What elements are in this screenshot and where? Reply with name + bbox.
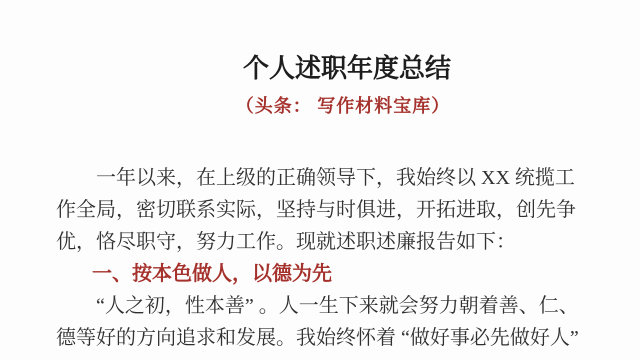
document-page: 个人述职年度总结 （头条： 写作材料宝库） 一年以来，在上级的正确领导下，我始终… (0, 0, 640, 360)
page-subtitle: （头条： 写作材料宝库） (23, 94, 640, 118)
paragraph1-line1: 一年以来，在上级的正确领导下，我始终以 XX 统揽工 (56, 162, 580, 194)
paragraph2-line1: “人之初，性本善” 。人一生下来就会努力朝着善、仁、 (56, 290, 580, 322)
paragraph2-line2: 德等好的方向追求和发展。我始终怀着 “做好事必先做好人” (56, 322, 580, 354)
section-heading: 一、按本色做人，以德为先 (56, 258, 580, 290)
document-body: 一年以来，在上级的正确领导下，我始终以 XX 统揽工 作全局，密切联系实际，坚持… (56, 162, 580, 354)
page-title: 个人述职年度总结 (27, 52, 640, 86)
paragraph1-line2: 作全局，密切联系实际，坚持与时俱进，开拓进取，创先争 (56, 194, 580, 226)
paragraph1-line3: 优，恪尽职守，努力工作。现就述职述廉报告如下： (56, 226, 580, 258)
